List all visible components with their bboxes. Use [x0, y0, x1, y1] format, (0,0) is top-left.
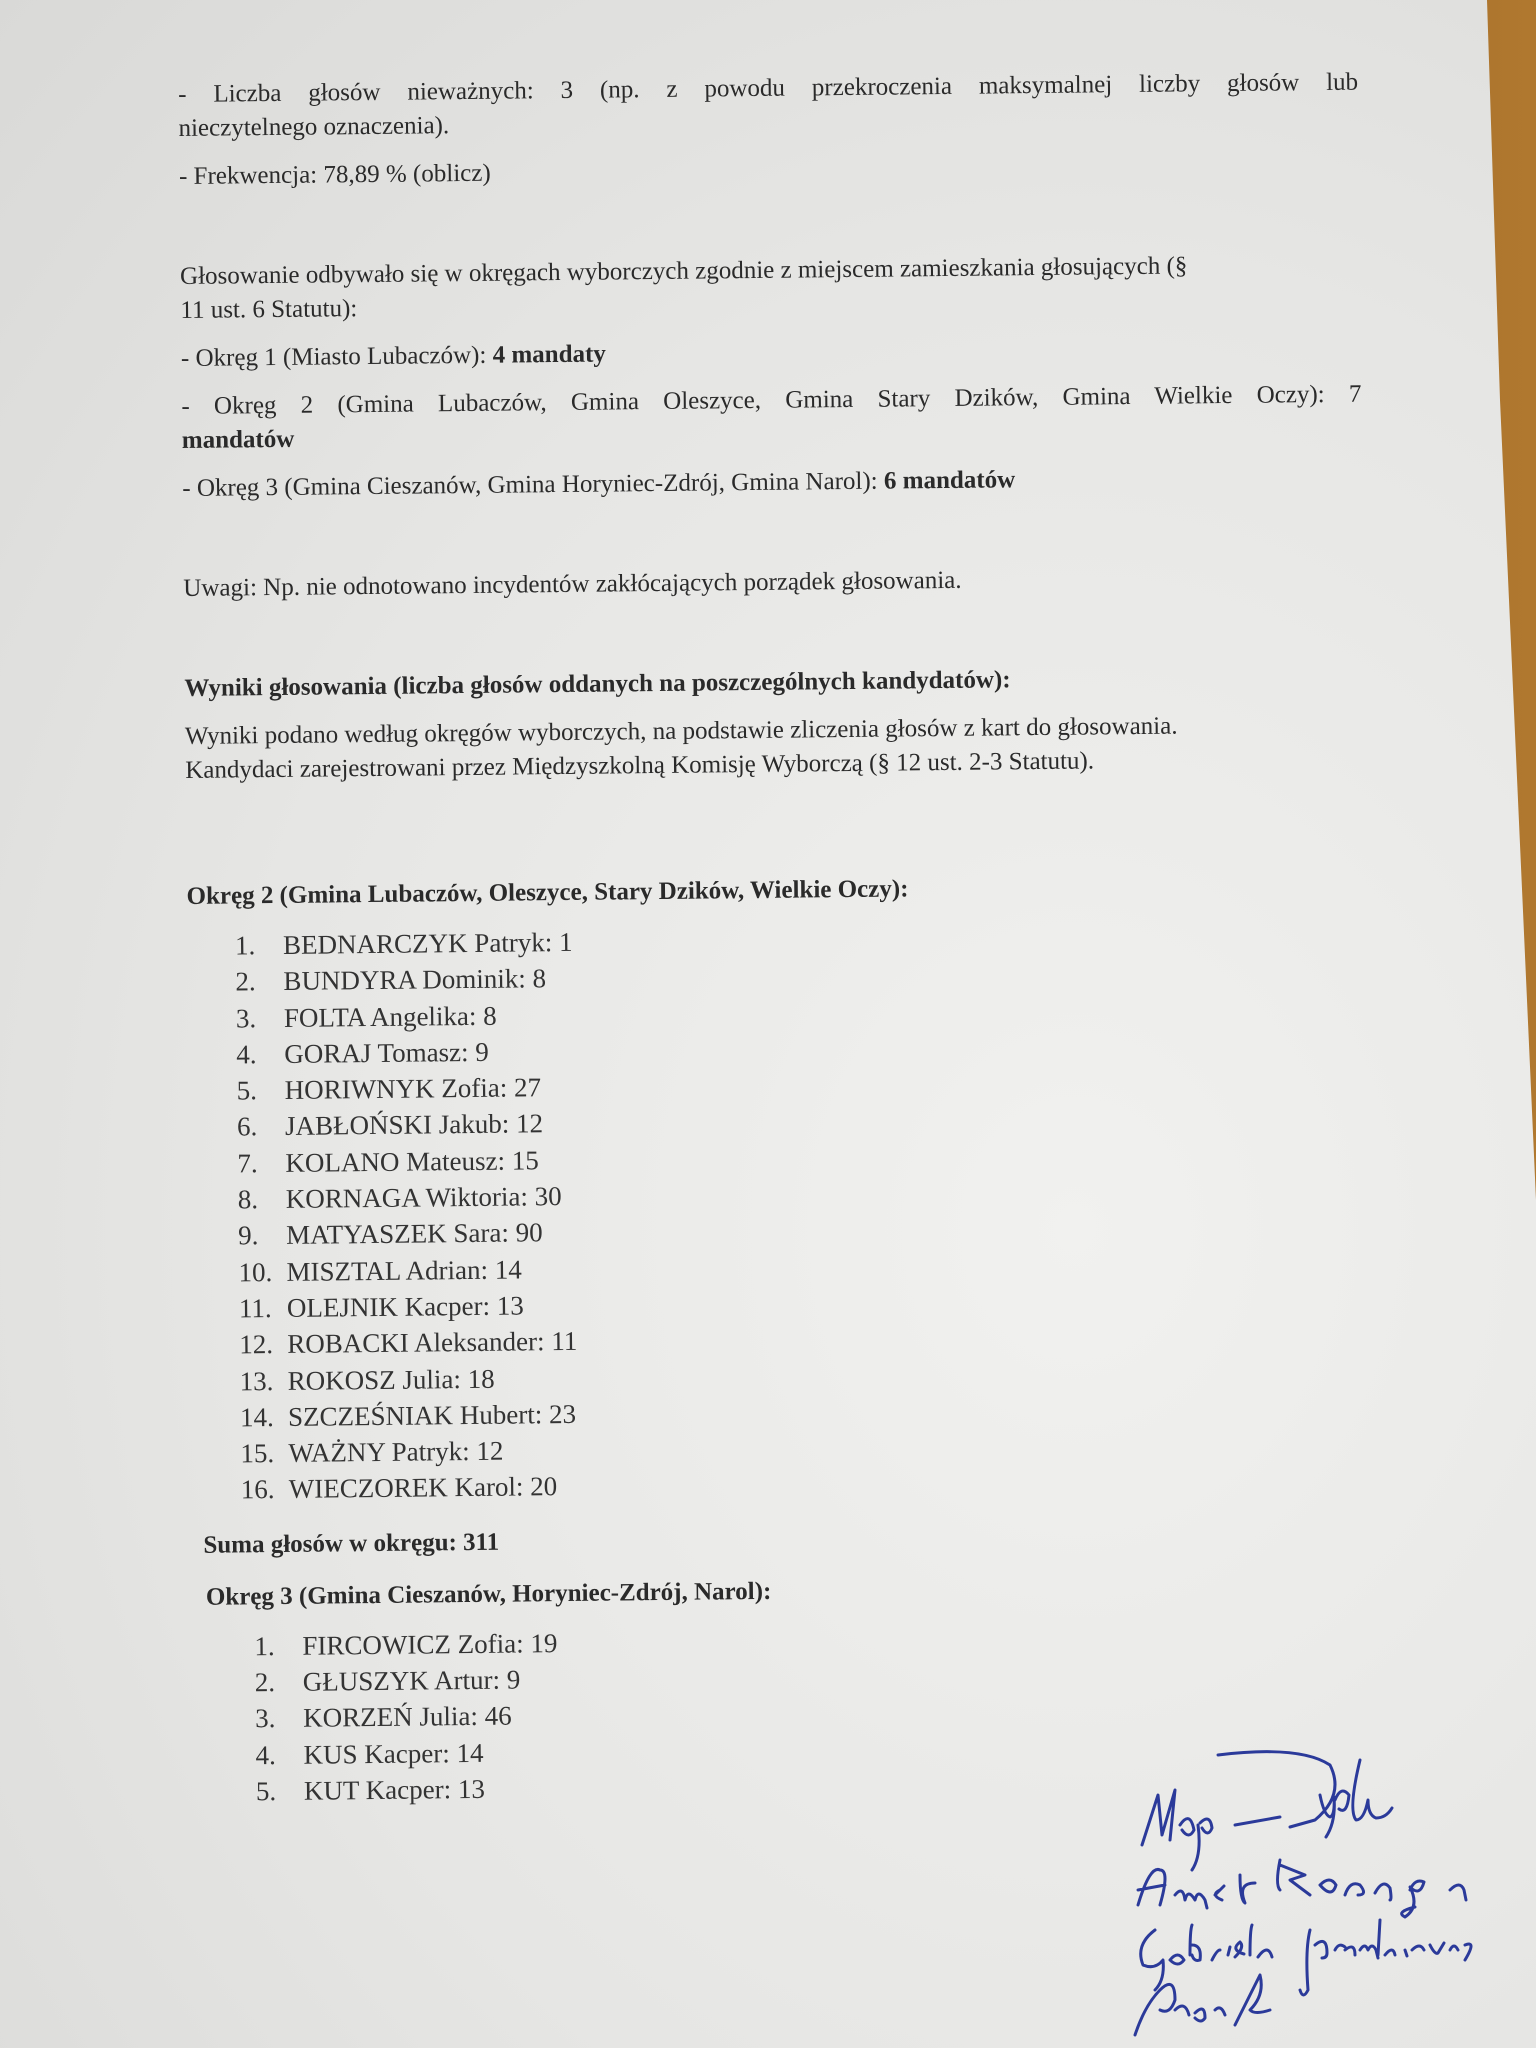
candidate-number: 13. [239, 1362, 287, 1399]
candidate-number: 10. [238, 1254, 286, 1291]
district-2-candidate-list: 1.BEDNARCZYK Patryk: 12.BUNDYRA Dominik:… [187, 916, 1373, 1509]
candidate-name-votes: ROKOSZ Julia: 18 [287, 1360, 494, 1398]
candidate-name-votes: MISZTAL Adrian: 14 [286, 1251, 522, 1290]
candidate-number: 2. [235, 963, 283, 1000]
candidate-name-votes: BEDNARCZYK Patryk: 1 [283, 924, 573, 963]
candidate-number: 6. [237, 1108, 285, 1145]
district-3-heading: Okręg 3 (Gmina Cieszanów, Horyniec-Zdrój… [206, 1568, 1374, 1614]
candidate-name-votes: SZCZEŚNIAK Hubert: 23 [288, 1396, 576, 1435]
candidate-name-votes: FOLTA Angelika: 8 [284, 997, 497, 1036]
signature-gabriela-jaremkiewicz [1141, 1920, 1471, 1995]
candidate-number: 4. [236, 1036, 284, 1073]
candidate-name-votes: KUS Kacper: 14 [303, 1735, 483, 1773]
candidate-number: 9. [238, 1217, 286, 1254]
district-2-sum: Suma głosów w okręgu: 311 [203, 1516, 1373, 1562]
candidate-number: 1. [254, 1628, 302, 1665]
candidate-name-votes: ROBACKI Aleksander: 11 [287, 1323, 577, 1362]
candidate-name-votes: WIECZOREK Karol: 20 [289, 1469, 558, 1508]
candidate-name-votes: FIRCOWICZ Zofia: 19 [302, 1625, 557, 1664]
document-body: - Liczba głosów nieważnych: 3 (np. z pow… [178, 66, 1376, 1810]
candidate-number: 8. [238, 1181, 286, 1218]
candidate-number: 7. [237, 1145, 285, 1182]
candidate-number: 3. [255, 1700, 303, 1737]
candidate-number: 15. [240, 1435, 288, 1472]
candidate-number: 11. [239, 1290, 287, 1327]
signatures [1120, 1745, 1536, 2045]
candidate-name-votes: JABŁOŃSKI Jakub: 12 [285, 1106, 543, 1145]
candidate-name-votes: KUT Kacper: 13 [304, 1771, 485, 1809]
candidate-name-votes: MATYASZEK Sara: 90 [286, 1215, 543, 1254]
candidate-number: 4. [255, 1736, 303, 1773]
district-3-mandates: 6 mandatów [884, 466, 1016, 494]
candidate-number: 14. [240, 1399, 288, 1436]
candidate-name-votes: GORAJ Tomasz: 9 [284, 1034, 489, 1072]
candidate-number: 3. [236, 1000, 284, 1037]
candidate-number: 12. [239, 1326, 287, 1363]
paper-sheet: - Liczba głosów nieważnych: 3 (np. z pow… [0, 0, 1536, 2048]
candidate-name-votes: HORIWNYK Zofia: 27 [284, 1069, 541, 1108]
signature-amelia-kornaga [1138, 1860, 1466, 1917]
candidate-number: 1. [235, 927, 283, 964]
candidate-name-votes: WAŻNY Patryk: 12 [288, 1433, 503, 1472]
signature-maja-dydyk [1142, 1752, 1392, 1870]
candidate-name-votes: KORNAGA Wiktoria: 30 [286, 1178, 562, 1217]
district-1-mandates: 4 mandaty [492, 341, 605, 369]
candidate-name-votes: KORZEŃ Julia: 46 [303, 1698, 512, 1736]
candidate-name-votes: KOLANO Mateusz: 15 [285, 1142, 539, 1181]
candidate-number: 16. [241, 1471, 289, 1508]
candidate-number: 2. [255, 1664, 303, 1701]
candidate-number: 5. [236, 1072, 284, 1109]
signature-aniel [1135, 1975, 1270, 2035]
candidate-number: 5. [256, 1773, 304, 1810]
candidate-name-votes: GŁUSZYK Artur: 9 [303, 1662, 521, 1701]
candidate-name-votes: OLEJNIK Kacper: 13 [287, 1287, 524, 1326]
candidate-name-votes: BUNDYRA Dominik: 8 [283, 960, 546, 999]
